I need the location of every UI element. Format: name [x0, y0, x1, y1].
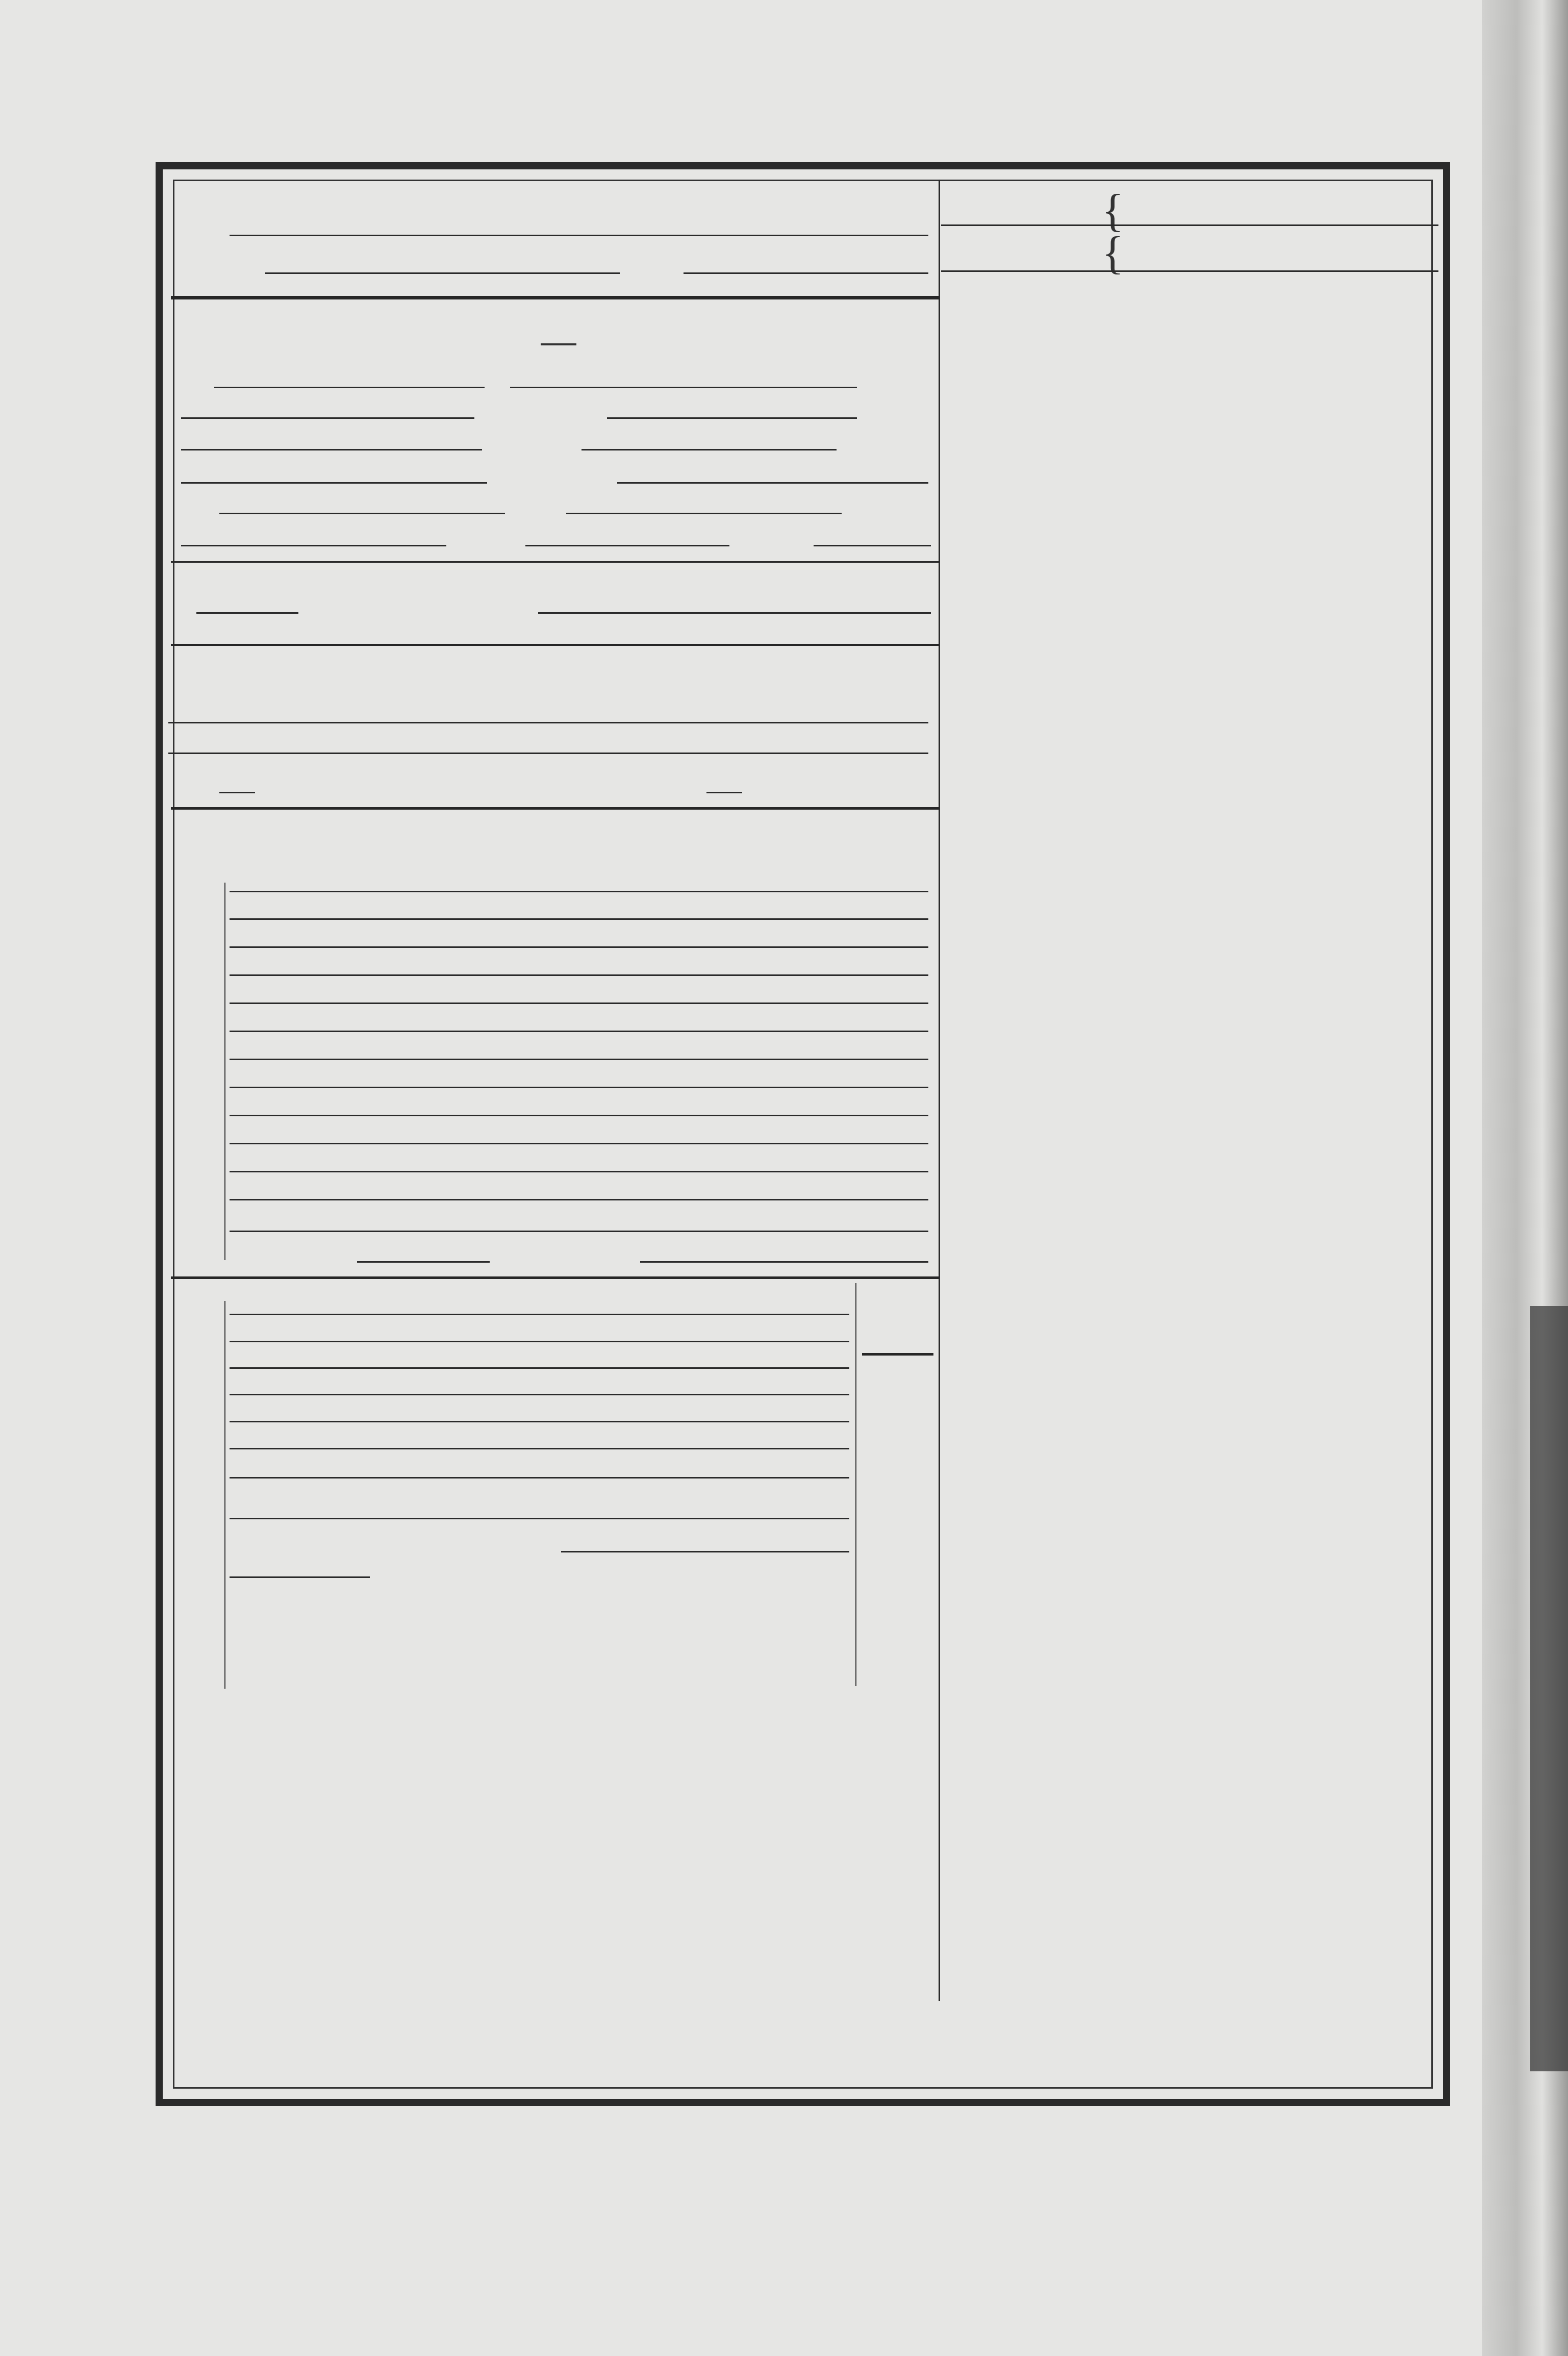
binding-shadow	[1530, 1306, 1568, 2071]
underline	[181, 545, 446, 546]
underline	[230, 1576, 370, 1578]
underline	[640, 1261, 928, 1263]
underline	[230, 918, 928, 920]
underline	[219, 792, 255, 793]
underline	[538, 612, 931, 614]
underline	[230, 1031, 928, 1032]
services-bracket	[224, 883, 225, 1260]
underline	[230, 1115, 928, 1116]
underline	[230, 1087, 928, 1088]
underline	[230, 1421, 849, 1422]
prenoms-underline	[265, 272, 620, 274]
header-rule	[171, 296, 939, 299]
underline	[230, 1171, 928, 1172]
underline	[814, 545, 931, 546]
underline	[581, 449, 837, 450]
underline	[230, 1341, 849, 1342]
underline	[706, 792, 742, 793]
numero-column-divider	[855, 1283, 856, 1686]
underline	[230, 946, 928, 948]
underline	[230, 1143, 928, 1144]
section-rule	[171, 561, 939, 563]
nom-underline	[230, 235, 928, 236]
underline	[230, 1394, 849, 1395]
classe-rule	[941, 270, 1438, 272]
underline	[214, 387, 485, 388]
section-rule	[171, 807, 939, 810]
surnom-underline	[684, 272, 928, 274]
disponibilite-bracket	[224, 1301, 225, 1689]
matricule-rule	[941, 224, 1438, 226]
underline	[230, 974, 928, 976]
underline	[181, 449, 482, 450]
section-rule	[171, 1276, 939, 1279]
underline	[566, 513, 842, 514]
title-dash	[541, 343, 576, 345]
underline	[168, 722, 928, 723]
section-rule	[171, 644, 939, 646]
underline	[230, 1448, 849, 1449]
register-frame	[156, 162, 1450, 2106]
underline	[181, 482, 487, 484]
underline	[510, 387, 857, 388]
numero-header-rule	[862, 1353, 933, 1356]
underline	[219, 513, 505, 514]
underline	[230, 1002, 928, 1004]
underline	[561, 1551, 849, 1552]
underline	[230, 1199, 928, 1200]
underline	[168, 753, 928, 754]
underline	[230, 891, 928, 892]
underline	[617, 482, 928, 484]
underline	[230, 1367, 849, 1369]
underline	[230, 1518, 849, 1519]
underline	[230, 1477, 849, 1478]
underline	[196, 612, 298, 614]
underline	[230, 1059, 928, 1060]
underline	[607, 417, 857, 419]
underline	[525, 545, 729, 546]
underline	[230, 1231, 928, 1232]
column-divider	[939, 180, 940, 2001]
underline	[181, 417, 474, 419]
underline	[357, 1261, 490, 1263]
underline	[230, 1314, 849, 1315]
